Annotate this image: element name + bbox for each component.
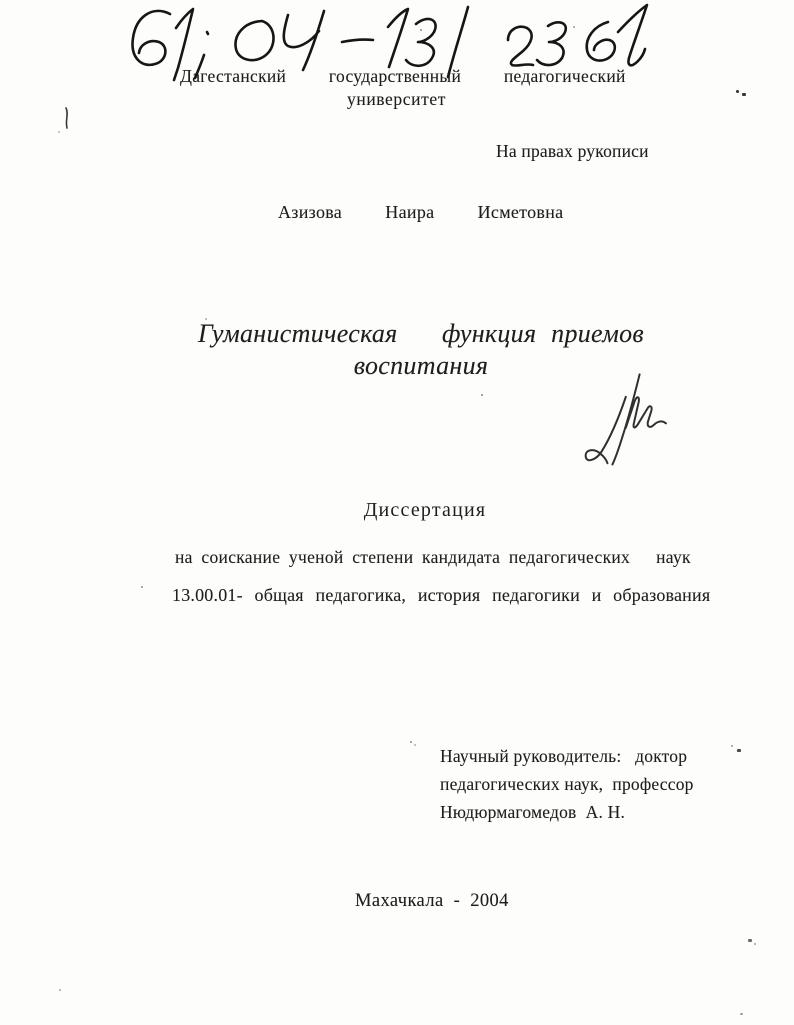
institution-name-line2: университет [347,89,446,110]
supervisor-block: Научный руководитель: доктор педагогичес… [440,742,694,826]
title-line2: воспитания [51,350,791,382]
supervisor-line3: Нюдюрмагомедов А. Н. [440,798,694,826]
scan-speck [420,29,422,31]
specialty-line: 13.00.01- общая педагогика, история педа… [172,585,710,606]
scan-speck [737,749,741,752]
scan-speck [731,745,733,747]
scan-speck [410,741,412,743]
degree-line: на соискание ученой степени кандидата пе… [175,547,691,568]
scan-speck [573,26,575,28]
title-line1: Гуманистическая функция приемов [51,318,791,350]
scan-speck [754,943,756,945]
scan-speck [414,744,416,746]
supervisor-line2: педагогических наук, профессор [440,770,694,798]
institution-name-line1: Дагестанский государственный педагогичес… [180,66,626,87]
author-name: Азизова Наира Исметовна [278,202,563,223]
scan-speck [481,394,483,396]
supervisor-line1: Научный руководитель: доктор [440,742,694,770]
signature-icon [581,369,676,470]
imprint-city-year: Махачкала - 2004 [355,891,509,912]
dissertation-title: Гуманистическая функция приемов воспитан… [51,318,791,382]
scan-speck [742,93,746,96]
scan-speck [59,989,61,991]
manuscript-rights-note: На правах рукописи [496,141,649,162]
scan-speck [58,131,60,133]
stray-pen-mark [62,107,72,129]
dissertation-title-page: Дагестанский государственный педагогичес… [0,0,794,1025]
scan-speck [205,318,207,320]
scan-speck [736,90,739,93]
scan-speck [740,1013,743,1015]
scan-speck [141,586,143,588]
document-type-heading: Диссертация [57,499,793,522]
scan-speck [748,939,752,942]
